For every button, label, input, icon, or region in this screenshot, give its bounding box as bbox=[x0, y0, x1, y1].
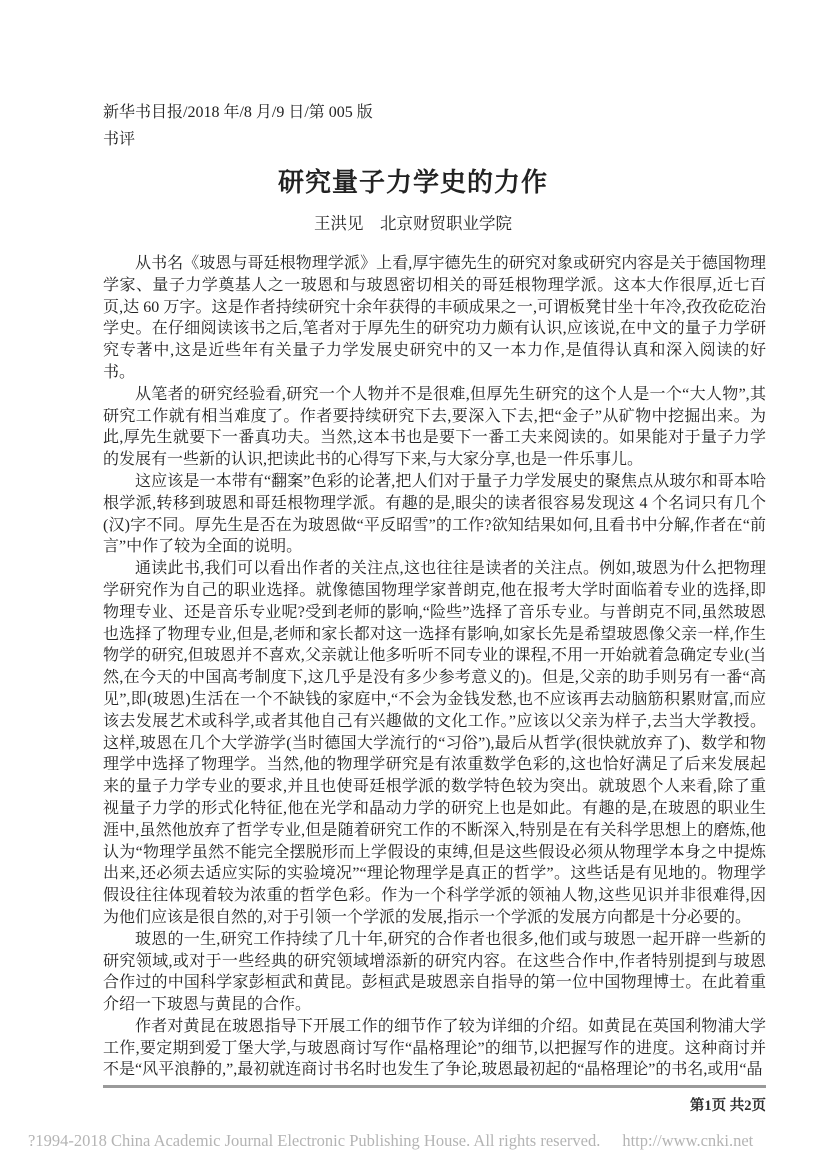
article-byline: 王洪见 北京财贸职业学院 bbox=[0, 210, 826, 234]
paragraph-5: 玻恩的一生,研究工作持续了几十年,研究的合作者也很多,他们或与玻恩一起开辟一些新… bbox=[103, 929, 766, 1016]
paragraph-2: 从笔者的研究经验看,研究一个人物并不是很难,但厚先生研究的这个人是一个“大人物”… bbox=[103, 384, 766, 471]
page-indicator: 第1页 共2页 bbox=[103, 1094, 766, 1115]
paragraph-6: 作者对黄昆在玻恩指导下开展工作的细节作了较为详细的介绍。如黄昆在英国利物浦大学工… bbox=[103, 1016, 766, 1081]
page-header: 新华书目报/2018 年/8 月/9 日/第 005 版 书评 bbox=[103, 99, 373, 153]
paragraph-4: 通读此书,我们可以看出作者的关注点,这也往往是读者的关注点。例如,玻恩为什么把物… bbox=[103, 558, 766, 929]
copyright-text: ?1994-2018 China Academic Journal Electr… bbox=[28, 1131, 600, 1150]
article-title: 研究量子力学史的力作 bbox=[0, 162, 826, 199]
copyright-bar: ?1994-2018 China Academic Journal Electr… bbox=[28, 1131, 753, 1151]
paragraph-1: 从书名《玻恩与哥廷根物理学派》上看,厚宇德先生的研究对象或研究内容是关于德国物理… bbox=[103, 253, 766, 384]
paragraph-3: 这应该是一本带有“翻案”色彩的论著,把人们对于量子力学发展史的聚焦点从玻尔和哥本… bbox=[103, 471, 766, 558]
cnki-url: http://www.cnki.net bbox=[622, 1131, 753, 1150]
publication-line: 新华书目报/2018 年/8 月/9 日/第 005 版 bbox=[103, 99, 373, 126]
section-label: 书评 bbox=[103, 126, 373, 153]
document-page: 新华书目报/2018 年/8 月/9 日/第 005 版 书评 研究量子力学史的… bbox=[0, 0, 826, 1169]
article-body: 从书名《玻恩与哥廷根物理学派》上看,厚宇德先生的研究对象或研究内容是关于德国物理… bbox=[103, 253, 766, 1081]
footer-divider bbox=[103, 1085, 766, 1088]
